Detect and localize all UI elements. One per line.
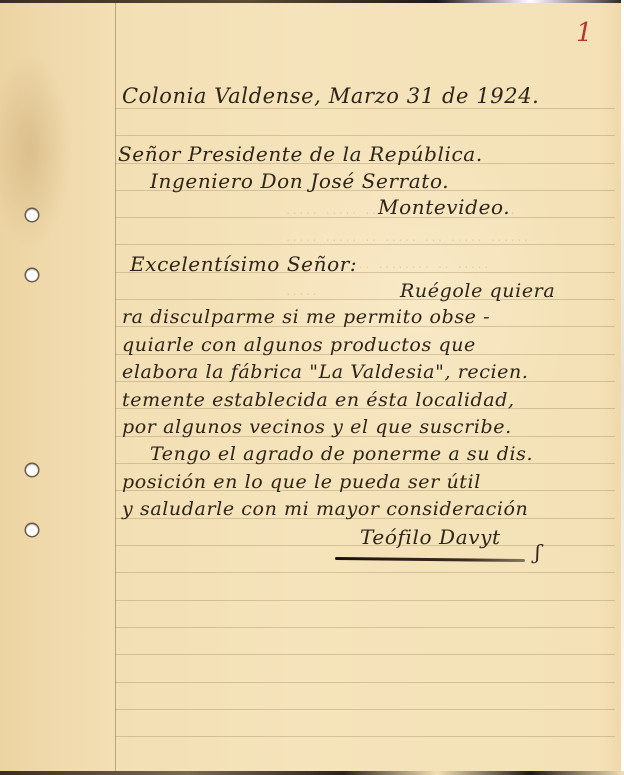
ruled-line: [115, 108, 615, 109]
signature-flourish: ʃ: [535, 540, 540, 564]
ruled-line: [115, 600, 615, 601]
body-line: Ruégole quiera: [400, 280, 555, 302]
letter-page: ····· ····· ····· ····· ····· ····· ····…: [0, 0, 624, 775]
ruled-line: [115, 572, 615, 573]
body-line: elabora la fábrica "La Valdesia", recien…: [122, 361, 528, 383]
body-line: temente establecida en ésta localidad,: [122, 389, 515, 411]
ruled-line: [115, 736, 615, 737]
punch-hole: [26, 209, 38, 221]
salutation: Excelentísimo Señor:: [130, 252, 357, 276]
bleed-through-text: ····· ····· ·· ····· ··· ····· ······: [285, 235, 529, 247]
page-bottom-edge: [0, 771, 624, 775]
signature: Teófilo Davyt: [360, 525, 501, 549]
body-line: posición en lo que le pueda ser útil: [122, 471, 481, 493]
bleed-through-text: ·····: [285, 289, 318, 301]
body-line: Tengo el agrado de ponerme a su dis.: [150, 443, 533, 465]
page-top-edge: [0, 0, 624, 3]
body-line: y saludarle con mi mayor consideración: [122, 498, 528, 520]
signature-underline: [335, 557, 525, 562]
addressee-line-1: Señor Presidente de la República.: [118, 142, 483, 166]
ruled-line: [115, 135, 615, 136]
ruled-line: [115, 709, 615, 710]
margin-line: [115, 3, 116, 771]
addressee-line-2: Ingeniero Don José Serrato.: [150, 169, 449, 193]
place-date: Colonia Valdense, Marzo 31 de 1924.: [122, 84, 539, 108]
punch-hole: [26, 269, 38, 281]
punch-hole: [26, 524, 38, 536]
body-line: por algunos vecinos y el que suscribe.: [122, 416, 512, 438]
addressee-line-3: Montevideo.: [378, 195, 510, 219]
ruled-line: [115, 654, 615, 655]
ruled-line: [115, 682, 615, 683]
page-number: 1: [576, 18, 593, 48]
body-line: quiarle con algunos productos que: [122, 334, 476, 356]
body-line: ra disculparme si me permito obse -: [122, 306, 490, 328]
ruled-line: [115, 627, 615, 628]
punch-hole: [26, 464, 38, 476]
